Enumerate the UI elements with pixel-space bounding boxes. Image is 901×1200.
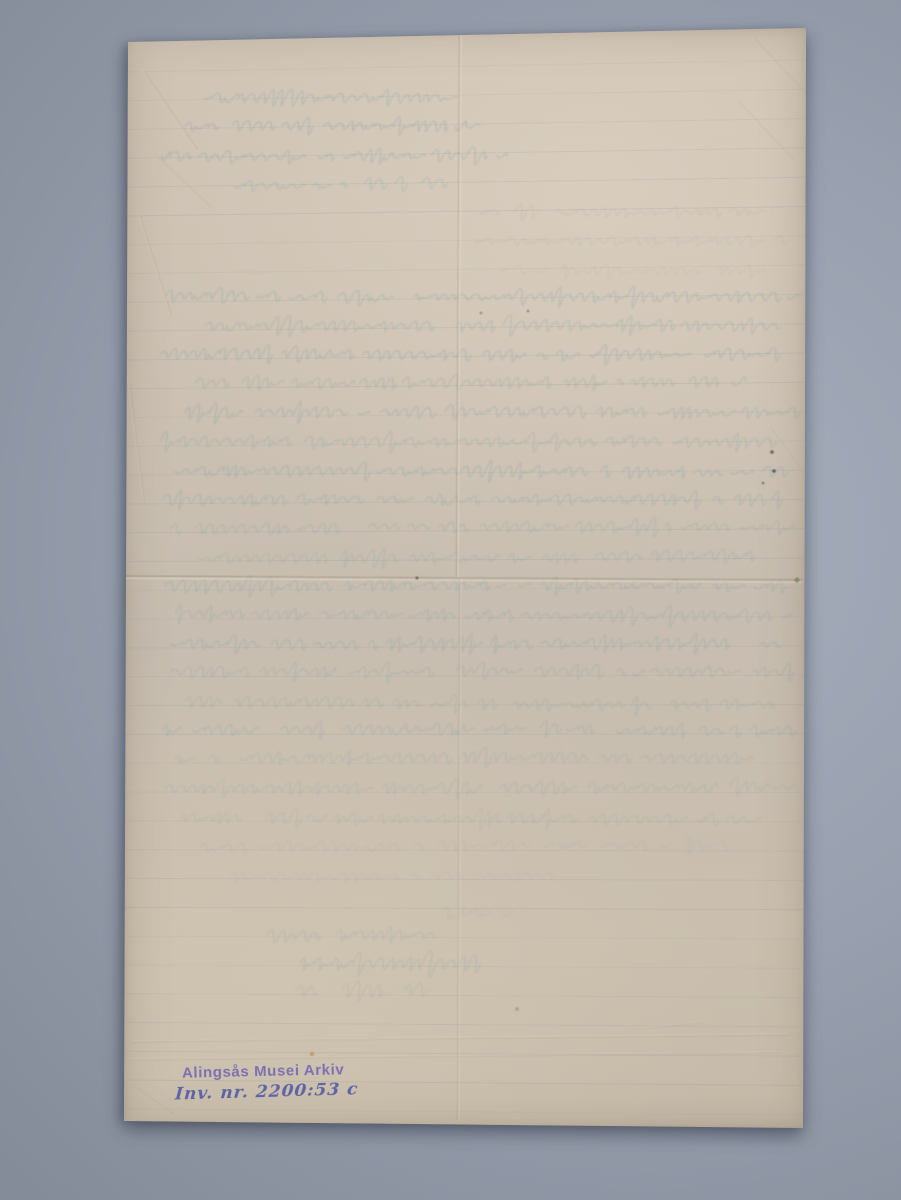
photo-background: Alingsås Musei Arkiv Inv. nr. 2200:53 c [0,0,901,1200]
paper-document: Alingsås Musei Arkiv Inv. nr. 2200:53 c [0,0,901,1200]
show-through-writing-overlay [0,0,901,1200]
paper-wrinkles [128,36,805,1113]
museum-archive-stamp: Alingsås Musei Arkiv [182,1061,345,1081]
paper-shadow-wrap: Alingsås Musei Arkiv Inv. nr. 2200:53 c [0,0,901,1200]
fold-creases [125,31,802,1120]
paper-specks [310,310,800,1057]
handwriting-show-through [157,90,803,1001]
